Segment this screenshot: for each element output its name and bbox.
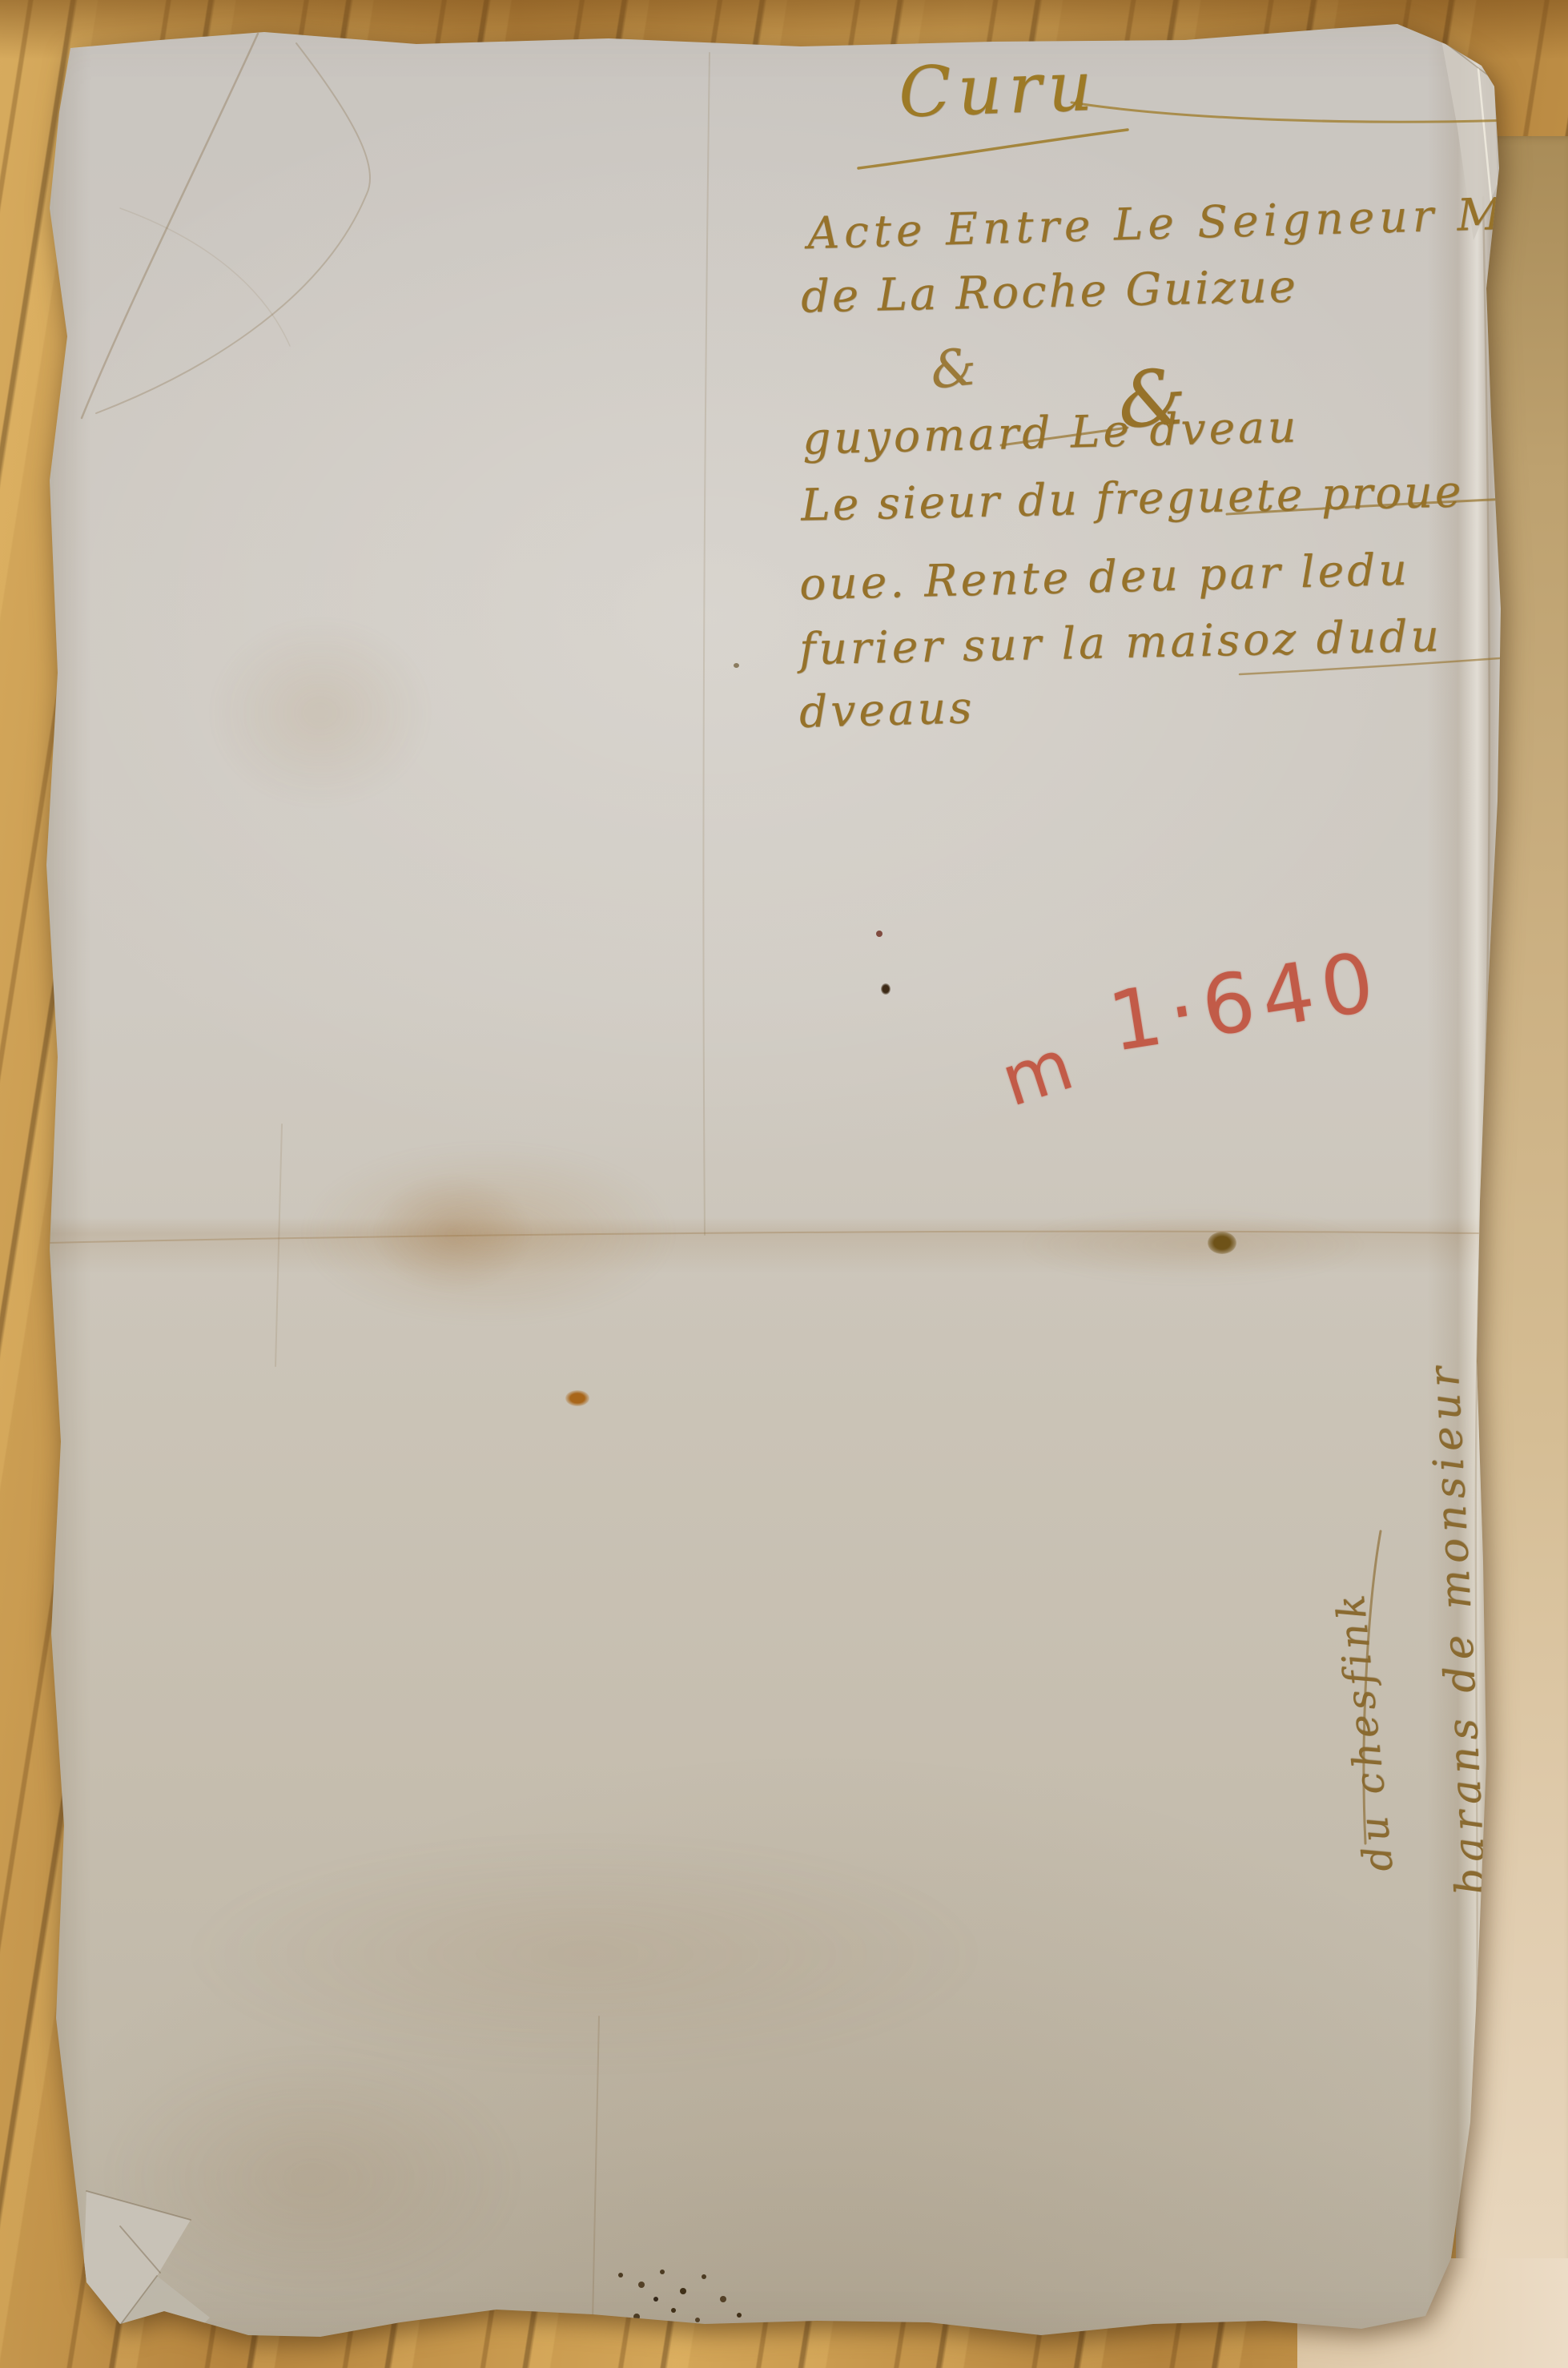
manuscript-page-wrap: Curu Acte Entre Le Seigneur Marquis de L… xyxy=(0,0,1568,2368)
corner-crease-faint xyxy=(120,208,290,346)
title-tail-flourish xyxy=(1071,103,1512,122)
vertical-crease xyxy=(703,53,710,1235)
note-line: dveaus xyxy=(798,681,975,738)
vertical-crease xyxy=(275,1124,282,1366)
corner-crease xyxy=(96,43,370,413)
title-handwriting: Curu xyxy=(897,46,1100,134)
note-line: de La Roche Guizue xyxy=(800,261,1298,324)
corner-crease xyxy=(82,34,258,418)
flourish-glyph: & xyxy=(927,337,979,401)
title-underline-flourish xyxy=(858,130,1128,168)
horizontal-fold-line xyxy=(50,1232,1478,1243)
vertical-crease xyxy=(593,2016,599,2321)
manuscript-page: Curu Acte Entre Le Seigneur Marquis de L… xyxy=(0,0,1568,2368)
creases-and-flourishes xyxy=(0,0,1568,2368)
